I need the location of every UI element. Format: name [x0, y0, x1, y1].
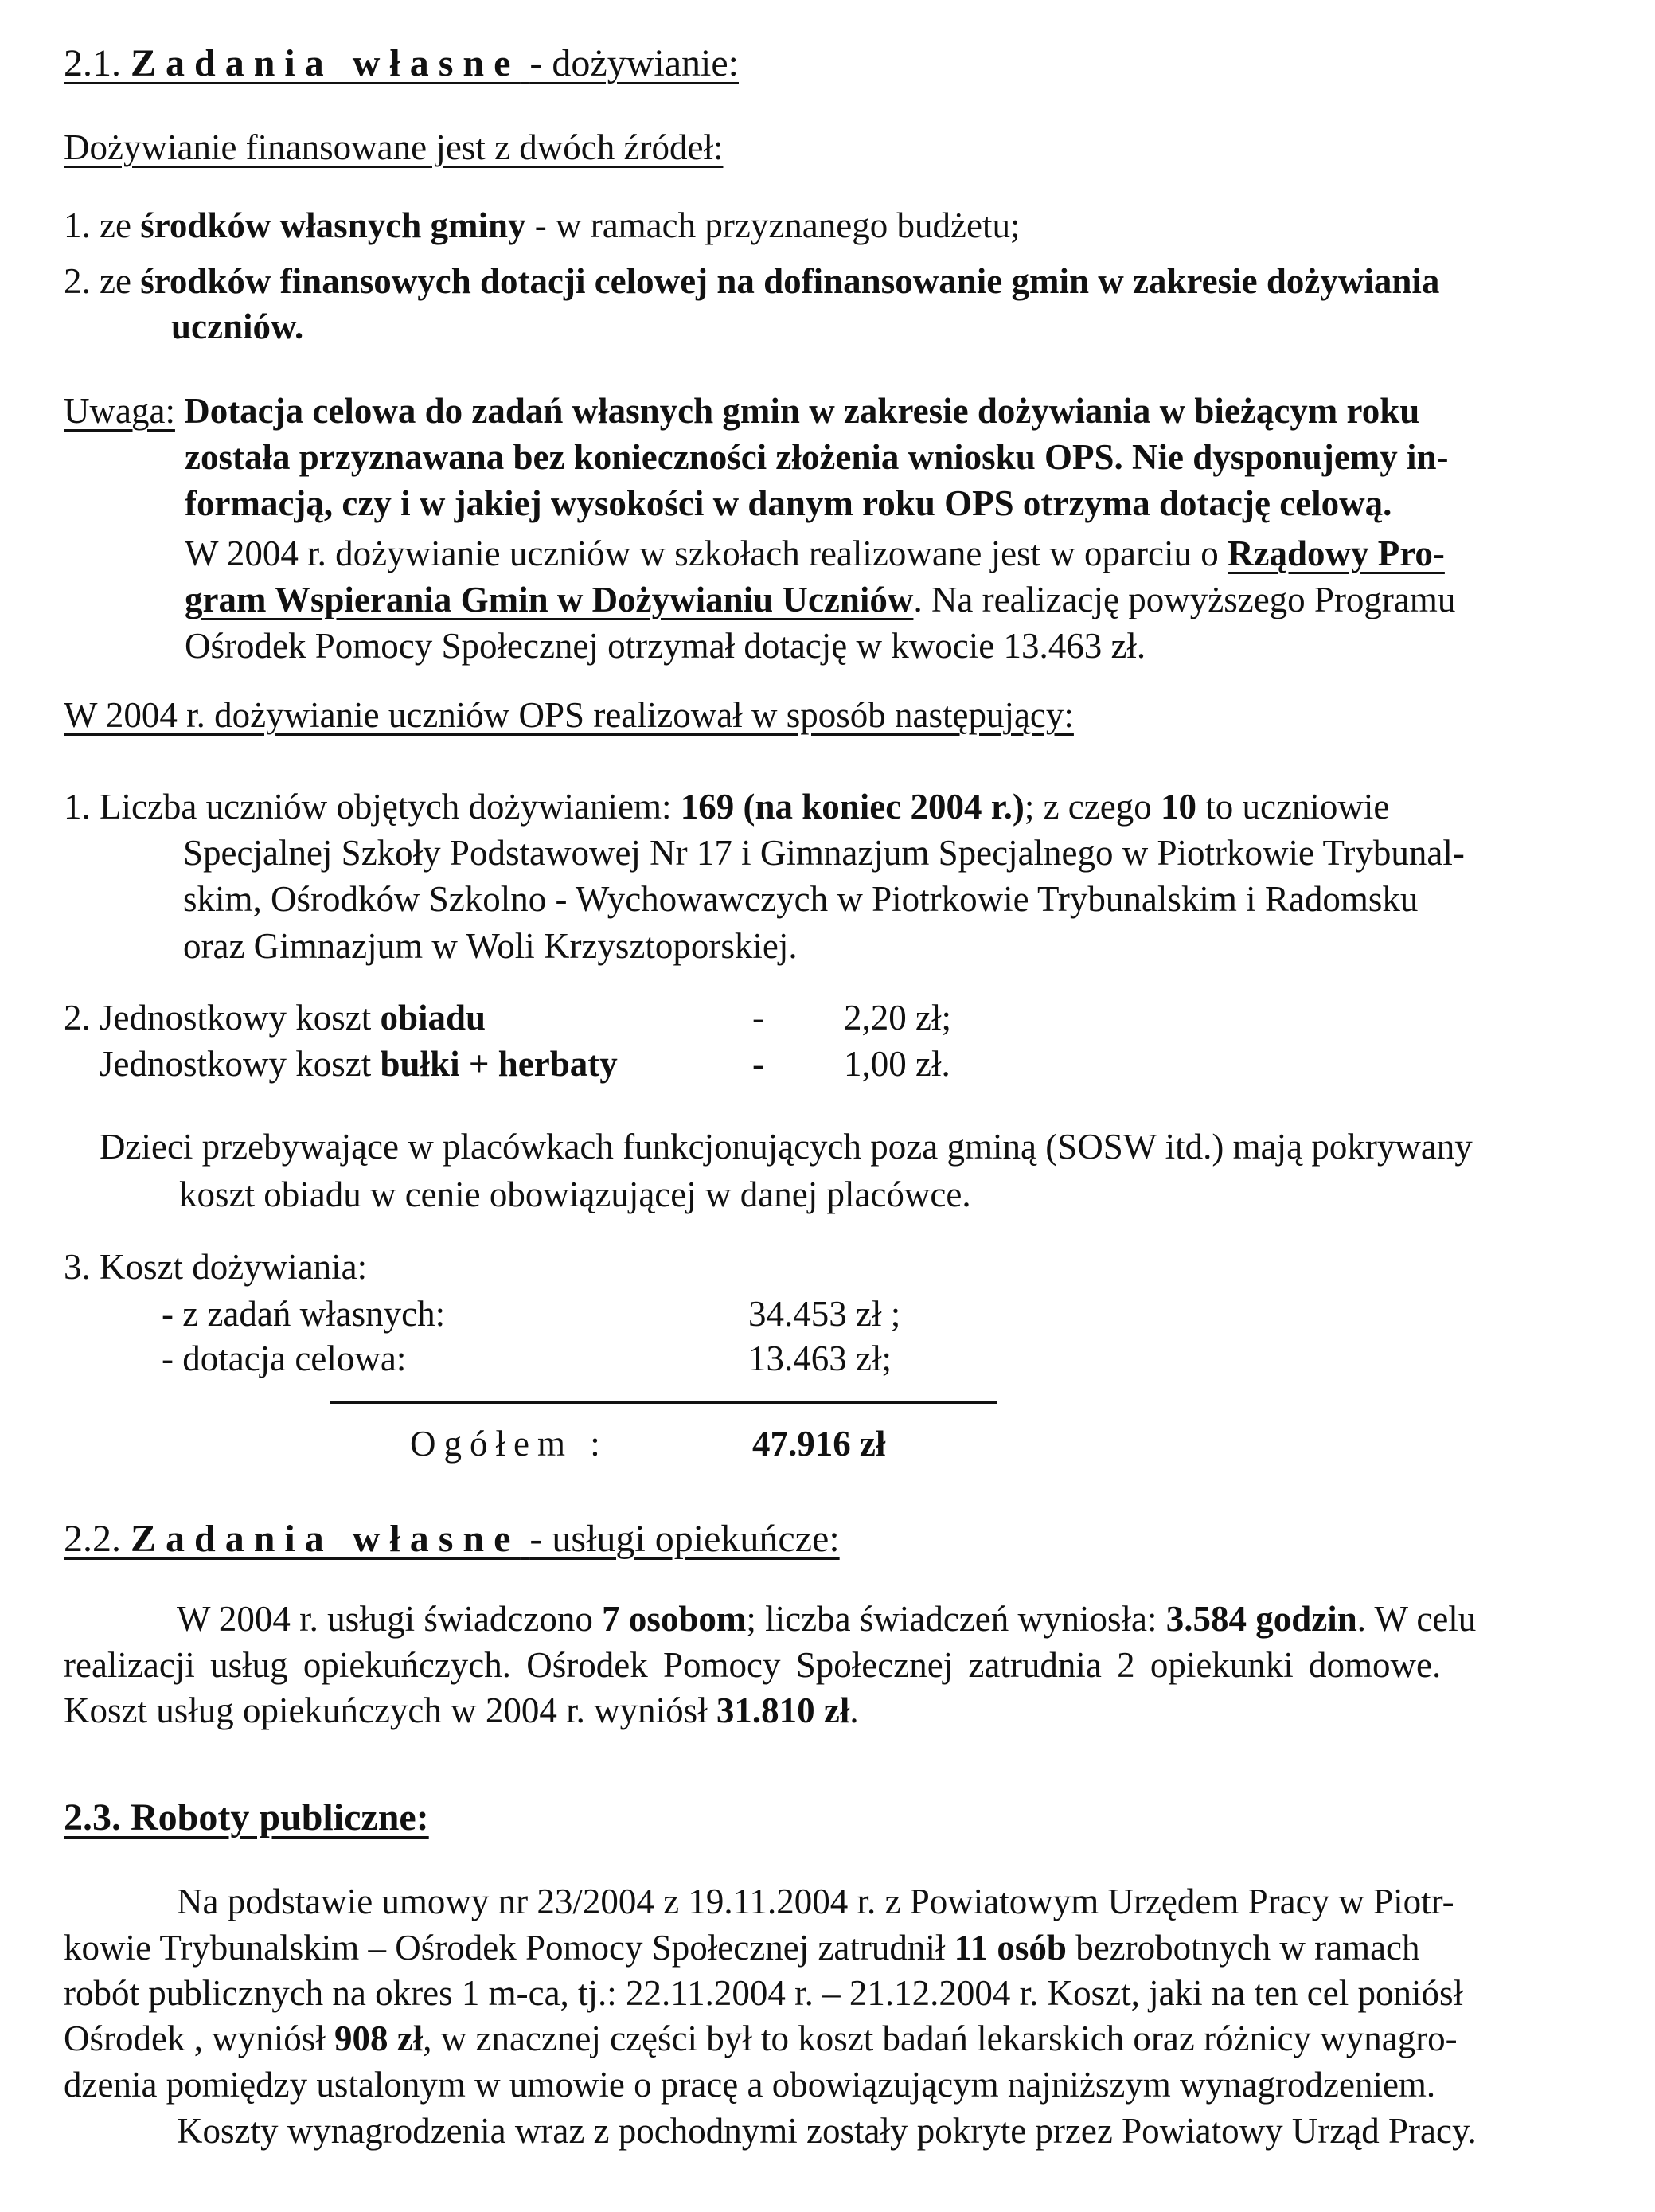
care-line-1: W 2004 r. usługi świadczono 7 osobom; li…: [177, 1596, 1476, 1641]
total-label: Ogółem :: [410, 1421, 608, 1466]
item-1-cont-1: Specjalnej Szkoły Podstawowej Nr 17 i Gi…: [183, 830, 1465, 875]
section-2-2-heading: 2.2. Zadania własne - usługi opiekuńcze:: [64, 1517, 840, 1561]
cost-value-grant: 13.463 zł;: [748, 1336, 892, 1381]
public-works-line-5: dzenia pomiędzy ustalonym w umowie o pra…: [64, 2062, 1435, 2107]
public-works-line-1: Na podstawie umowy nr 23/2004 z 19.11.20…: [177, 1879, 1454, 1924]
item-1-cont-2: skim, Ośrodków Szkolno - Wychowawczych w…: [183, 877, 1418, 921]
program-line-3: Ośrodek Pomocy Społecznej otrzymał dotac…: [185, 623, 1146, 668]
program-line-2: gram Wspierania Gmin w Dożywianiu Ucznió…: [185, 577, 1455, 622]
public-works-line-6: Koszty wynagrodzenia wraz z pochodnymi z…: [177, 2108, 1477, 2153]
public-works-line-3: robót publicznych na okres 1 m-ca, tj.: …: [64, 1971, 1463, 2015]
funding-intro: Dożywianie finansowane jest z dwóch źród…: [64, 125, 723, 170]
item-1: 1. Liczba uczniów objętych dożywianiem: …: [64, 784, 1389, 829]
cost-value-obiad: 2,20 zł;: [844, 995, 951, 1040]
heading-subtitle: - dożywianie:: [529, 42, 739, 84]
section-2-3-heading: 2.3. Roboty publiczne:: [64, 1796, 429, 1840]
item-1-cont-3: oraz Gimnazjum w Woli Krzysztoporskiej.: [183, 924, 798, 968]
total-value: 47.916 zł: [752, 1421, 885, 1466]
care-line-3: Koszt usług opiekuńczych w 2004 r. wynió…: [64, 1688, 859, 1733]
heading-title: Zadania własne: [131, 42, 520, 84]
cost-value-bulka: 1,00 zł.: [844, 1042, 950, 1086]
outside-note-2: koszt obiadu w cenie obowiązującej w dan…: [179, 1172, 971, 1217]
care-line-2: realizacji usług opiekuńczych. Ośrodek P…: [64, 1643, 1441, 1687]
cost-dash: -: [752, 1042, 764, 1086]
cost-label-grant: - dotacja celowa:: [162, 1336, 406, 1381]
funding-source-2: 2. ze środków finansowych dotacji celowe…: [64, 259, 1439, 303]
note-line-2: została przyznawana bez konieczności zło…: [185, 435, 1449, 479]
section-2-1-heading: 2.1. Zadania własne - dożywianie:: [64, 41, 739, 86]
note-label: Uwaga:: [64, 391, 175, 431]
cost-row-obiad: 2. Jednostkowy koszt obiadu: [64, 995, 486, 1040]
cost-dash: -: [752, 995, 764, 1040]
cost-label-own: - z zadań własnych:: [162, 1292, 445, 1336]
cost-row-bulka: Jednostkowy koszt bułki + herbaty: [100, 1042, 618, 1086]
item-3-title: 3. Koszt dożywiania:: [64, 1245, 367, 1289]
outside-note-1: Dzieci przebywające w placówkach funkcjo…: [100, 1124, 1473, 1169]
program-line-1: W 2004 r. dożywianie uczniów w szkołach …: [185, 531, 1445, 576]
program-name: Rządowy Pro-: [1228, 533, 1445, 573]
note-line-3: formacją, czy i w jakiej wysokości w dan…: [185, 481, 1392, 526]
cost-value-own: 34.453 zł ;: [748, 1292, 900, 1336]
public-works-line-2: kowie Trybunalskim – Ośrodek Pomocy Społ…: [64, 1925, 1420, 1970]
realization-heading: W 2004 r. dożywianie uczniów OPS realizo…: [64, 693, 1074, 737]
funding-source-2-cont: uczniów.: [171, 304, 303, 349]
document-page: 2.1. Zadania własne - dożywianie: Dożywi…: [0, 0, 1655, 2212]
public-works-line-4: Ośrodek , wyniósł 908 zł, w znacznej czę…: [64, 2016, 1458, 2061]
heading-number: 2.1.: [64, 42, 121, 84]
note-line-1: Uwaga: Dotacja celowa do zadań własnych …: [64, 389, 1419, 433]
total-divider: [330, 1401, 997, 1404]
program-name-cont: gram Wspierania Gmin w Dożywianiu Ucznió…: [185, 580, 913, 619]
funding-source-1: 1. ze środków własnych gminy - w ramach …: [64, 203, 1020, 248]
